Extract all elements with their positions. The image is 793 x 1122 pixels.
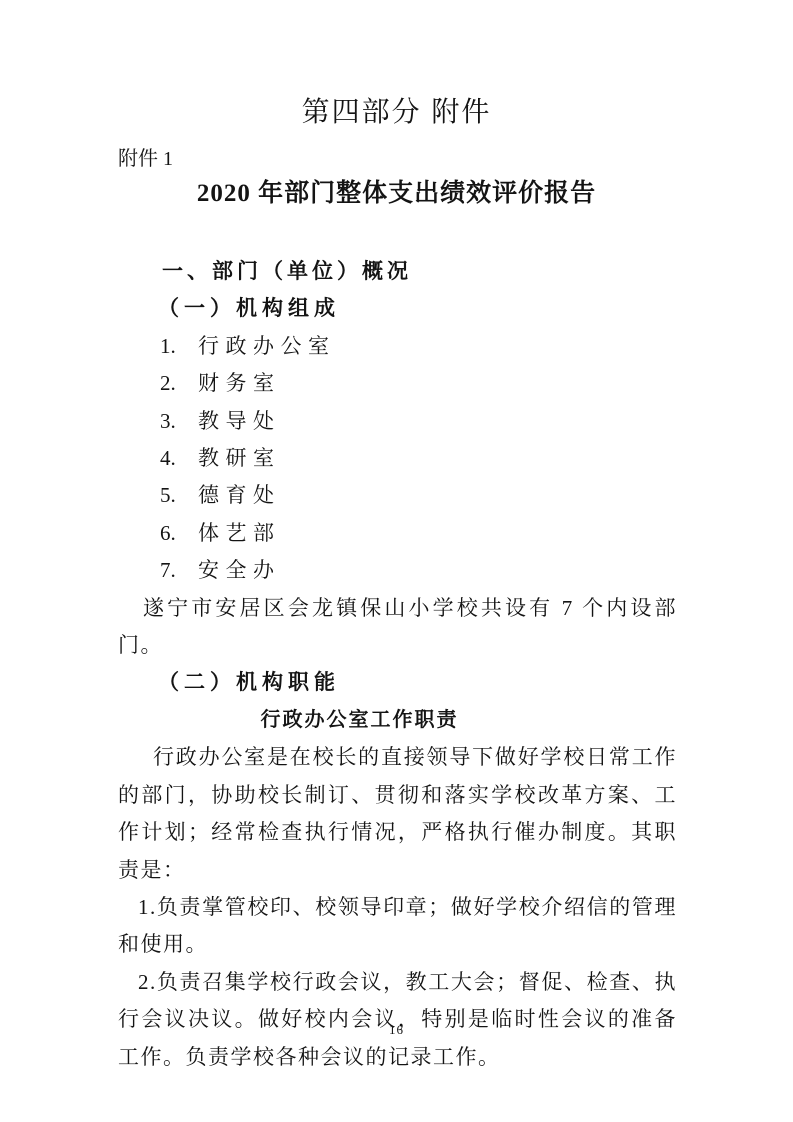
org-list-item: 5.德育处 <box>118 477 677 514</box>
org-item-number: 6. <box>160 515 198 552</box>
org-item-name: 安全办 <box>198 558 281 582</box>
org-item-number: 1. <box>160 328 198 365</box>
org-list: 1.行政办公室 2.财务室 3.教导处 4.教研室 5.德育处 6.体艺部 7.… <box>118 328 677 590</box>
org-item-number: 3. <box>160 403 198 440</box>
org-list-item: 1.行政办公室 <box>118 328 677 365</box>
report-title: 2020 年部门整体支出绩效评价报告 <box>0 175 793 213</box>
org-list-item: 6.体艺部 <box>118 515 677 552</box>
duty-title: 行政办公室工作职责 <box>80 702 639 739</box>
org-list-item: 4.教研室 <box>118 440 677 477</box>
page-number: 16 <box>0 1022 793 1038</box>
body-paragraph: 2.负责召集学校行政会议，教工大会；督促、检查、执行会议决议。做好校内会议，特别… <box>118 964 677 1076</box>
section-heading: 一、部门（单位）概况 <box>118 253 677 290</box>
org-item-name: 德育处 <box>198 483 281 507</box>
document-page: 第四部分 附件 附件 1 2020 年部门整体支出绩效评价报告 一、部门（单位）… <box>0 0 793 1122</box>
org-summary: 遂宁市安居区会龙镇保山小学校共设有 7 个内设部门。 <box>118 590 677 665</box>
org-list-item: 7.安全办 <box>118 552 677 589</box>
body-paragraph: 1.负责掌管校印、校领导印章；做好学校介绍信的管理和使用。 <box>118 889 677 964</box>
org-item-number: 7. <box>160 552 198 589</box>
org-item-name: 行政办公室 <box>198 334 336 358</box>
org-item-name: 教研室 <box>198 446 281 470</box>
subsection-heading-2: （二）机构职能 <box>118 664 677 701</box>
body-paragraph: 行政办公室是在校长的直接领导下做好学校日常工作的部门，协助校长制订、贯彻和落实学… <box>118 739 677 889</box>
document-body: 一、部门（单位）概况 （一）机构组成 1.行政办公室 2.财务室 3.教导处 4… <box>118 253 677 1076</box>
org-item-number: 4. <box>160 440 198 477</box>
org-item-number: 2. <box>160 365 198 402</box>
subsection-heading-1: （一）机构组成 <box>118 290 677 327</box>
org-item-number: 5. <box>160 477 198 514</box>
part-title: 第四部分 附件 <box>0 92 793 132</box>
org-item-name: 教导处 <box>198 409 281 433</box>
org-item-name: 财务室 <box>198 371 281 395</box>
org-list-item: 2.财务室 <box>118 365 677 402</box>
org-list-item: 3.教导处 <box>118 403 677 440</box>
attachment-label: 附件 1 <box>118 145 793 173</box>
org-item-name: 体艺部 <box>198 521 281 545</box>
